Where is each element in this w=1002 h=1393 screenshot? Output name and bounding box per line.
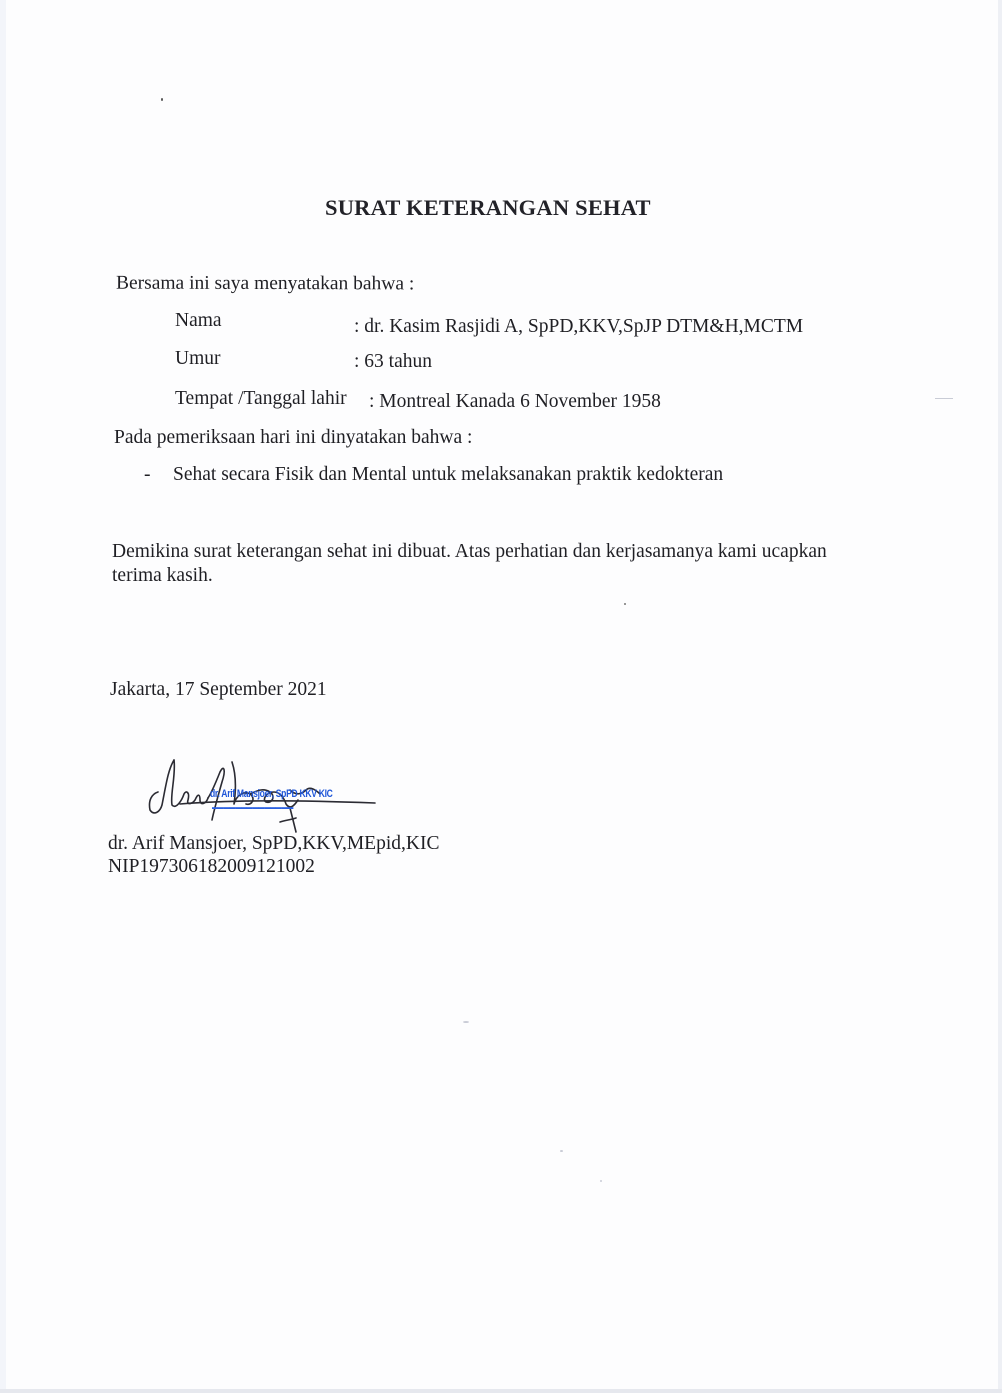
scan-speck	[560, 1150, 563, 1152]
scan-speck	[161, 98, 163, 101]
field-value-umur: : 63 tahun	[354, 352, 432, 372]
place-date: Jakarta, 17 September 2021	[110, 680, 327, 700]
scan-edge-left	[0, 0, 6, 1389]
doctor-stamp: dr. Arif Mansjoer, SpPD KKV KIC	[210, 789, 333, 800]
signer-name: dr. Arif Mansjoer, SpPD,KKV,MEpid,KIC	[108, 834, 439, 854]
field-label-umur: Umur	[175, 349, 221, 369]
scan-speck	[935, 398, 953, 399]
field-value-nama: : dr. Kasim Rasjidi A, SpPD,KKV,SpJP DTM…	[354, 317, 803, 337]
scan-speck	[600, 1180, 602, 1182]
scanned-page: SURAT KETERANGAN SEHAT Bersama ini saya …	[0, 0, 998, 1389]
closing-paragraph-line2: terima kasih.	[112, 566, 213, 586]
doctor-stamp-subline: ▬▬▬▬▬▬▬▬▬▬▬▬▬▬	[212, 805, 293, 811]
field-label-birth: Tempat /Tanggal lahir	[175, 389, 347, 409]
examination-intro: Pada pemeriksaan hari ini dinyatakan bah…	[114, 428, 472, 448]
intro-statement: Bersama ini saya menyatakan bahwa :	[116, 274, 414, 294]
signer-nip: NIP197306182009121002	[108, 857, 315, 877]
field-label-nama: Nama	[175, 311, 222, 331]
finding-item: Sehat secara Fisik dan Mental untuk mela…	[173, 465, 723, 485]
field-value-birth: : Montreal Kanada 6 November 1958	[369, 392, 661, 412]
closing-paragraph-line1: Demikina surat keterangan sehat ini dibu…	[112, 542, 827, 562]
scan-speck	[624, 603, 626, 605]
scan-speck	[463, 1021, 469, 1023]
scan-edge-right	[998, 0, 1002, 1393]
finding-bullet-icon: -	[144, 465, 151, 485]
scan-edge-bottom	[0, 1389, 1002, 1393]
document-title: SURAT KETERANGAN SEHAT	[325, 197, 651, 220]
